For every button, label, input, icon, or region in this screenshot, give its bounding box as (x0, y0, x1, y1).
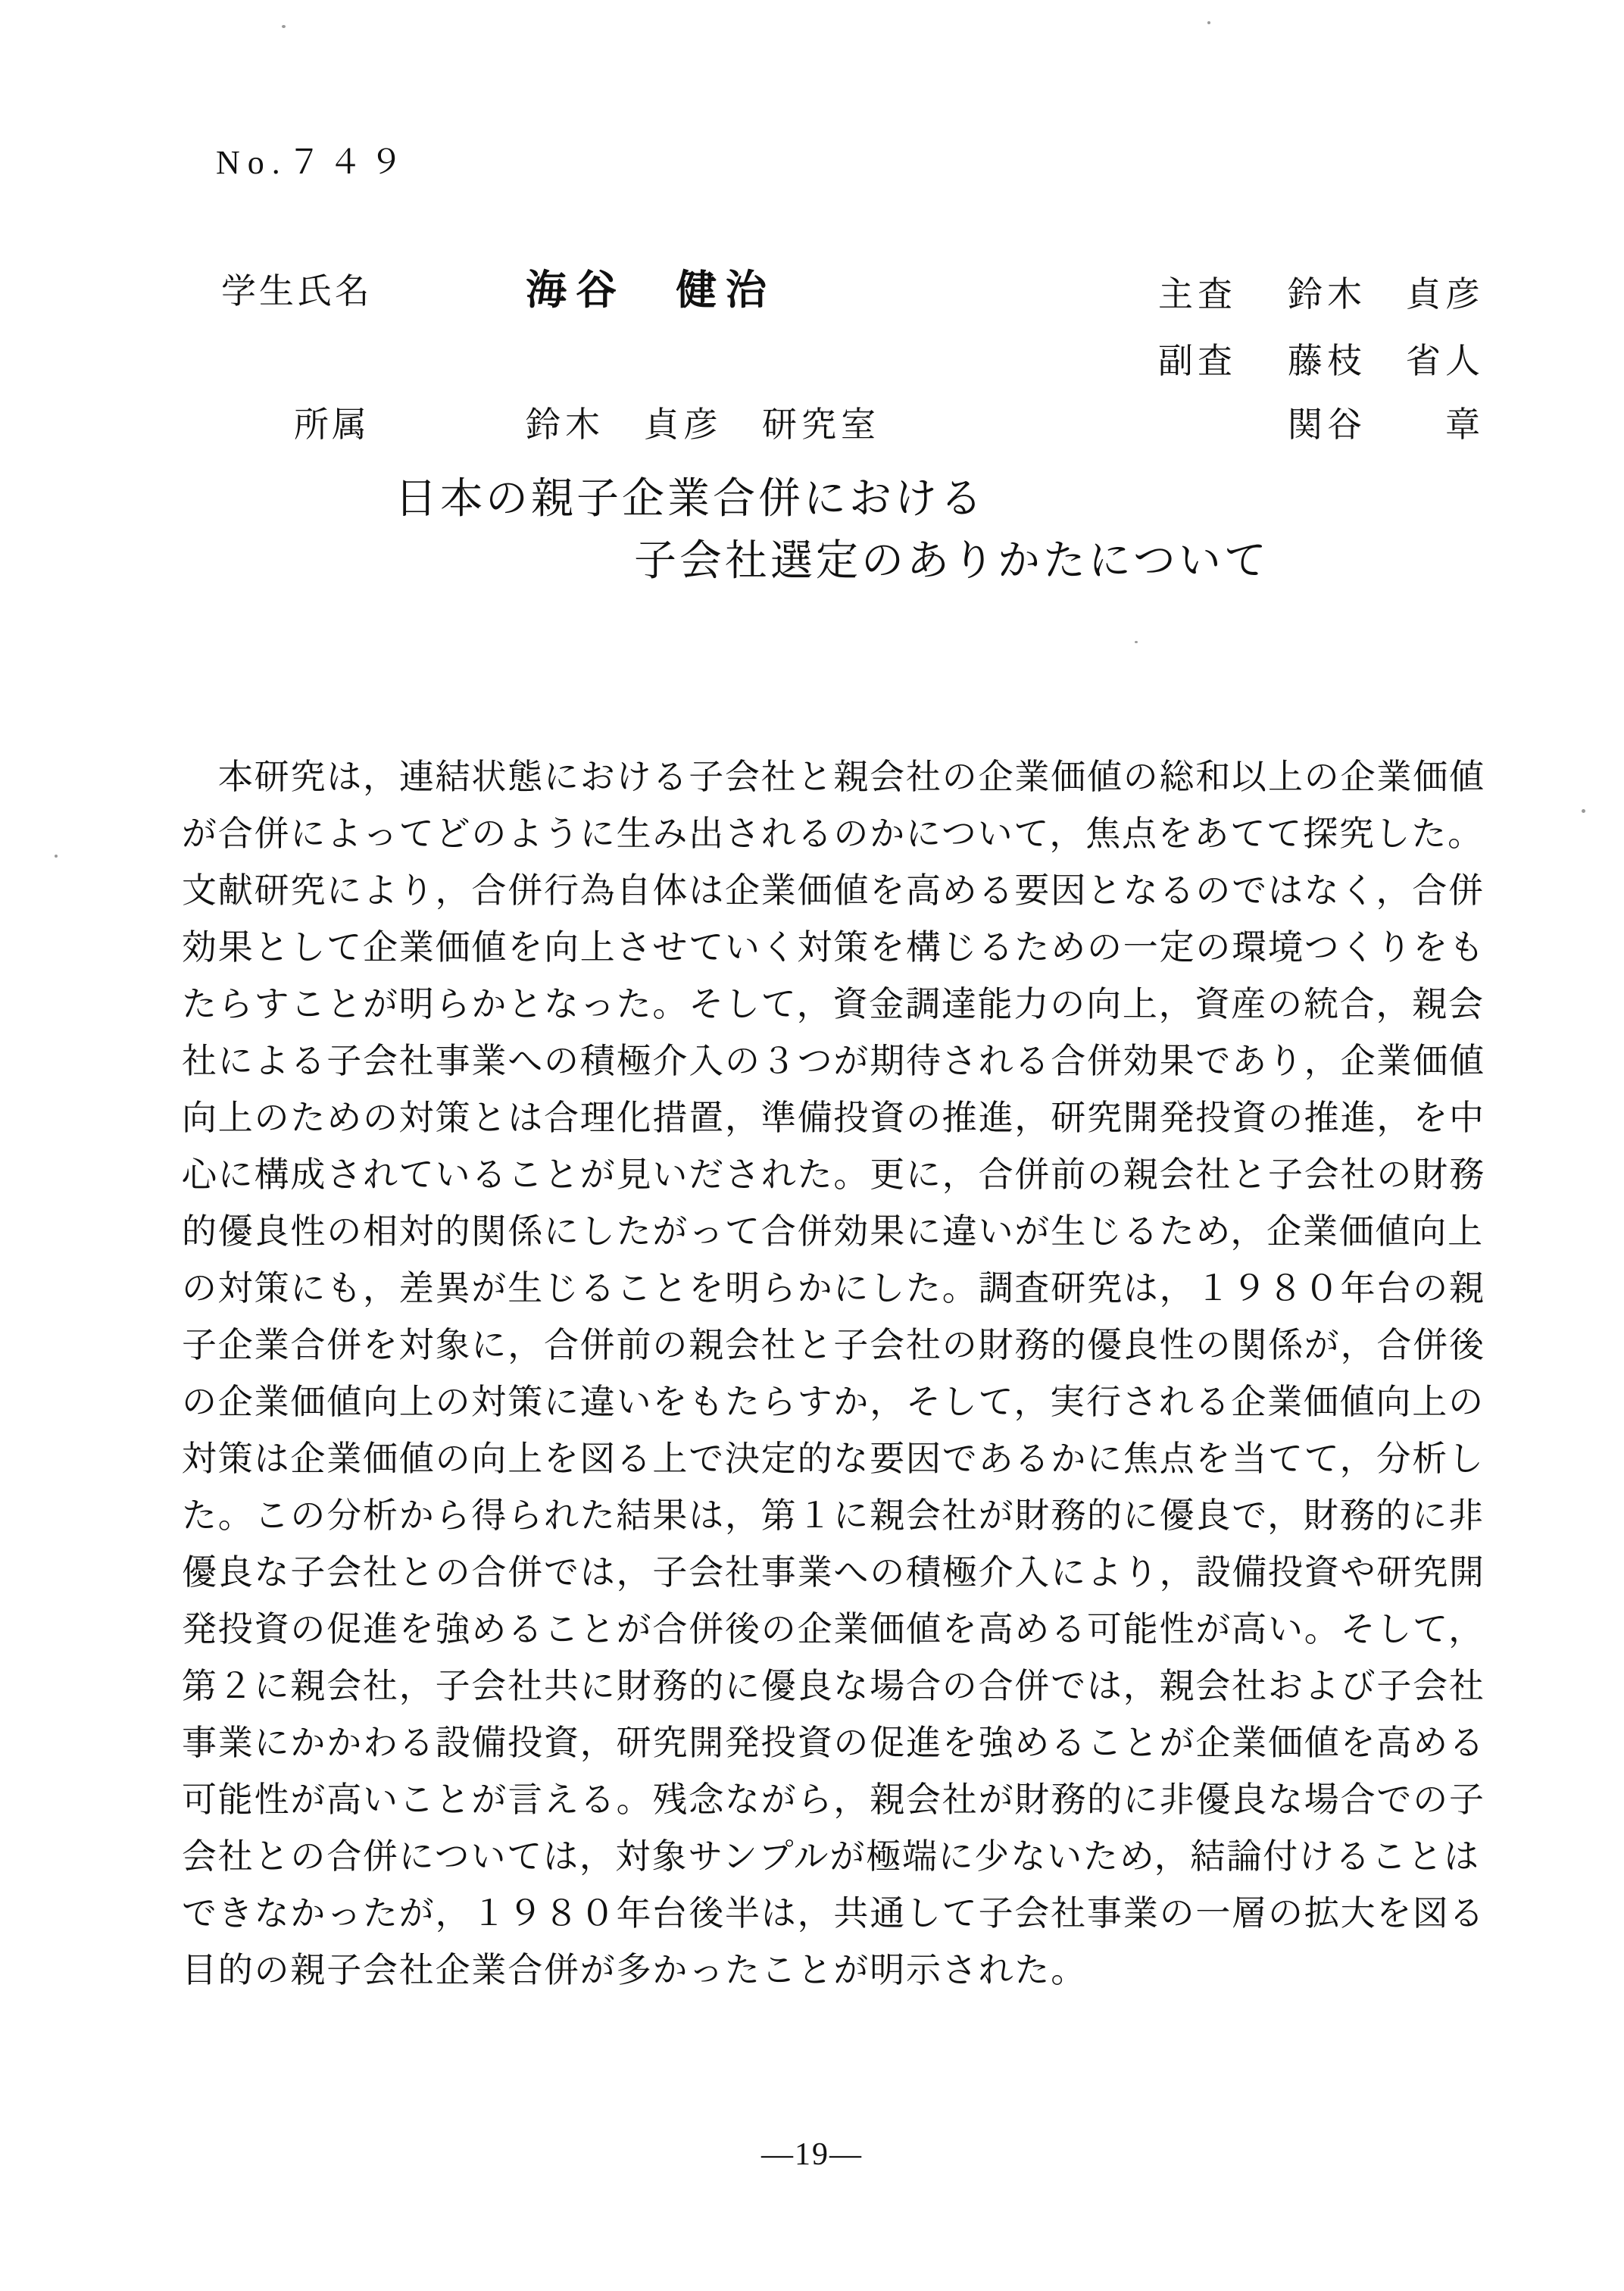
deputy-examiner-label: 副査 (1158, 333, 1237, 383)
affiliation-value: 鈴木 貞彦 研究室 (526, 397, 880, 447)
chief-examiner-label: 主査 (1158, 267, 1237, 317)
thesis-title-line2: 子会社選定のありかたについて (634, 527, 1270, 588)
scan-speck (1135, 641, 1138, 643)
scan-speck (1582, 809, 1585, 813)
scan-speck (1207, 21, 1210, 24)
doc-number: No.７４９ (216, 135, 411, 183)
scan-speck (55, 855, 58, 858)
abstract-body: 本研究は，連結状態における子会社と親会社の企業価値の総和以上の企業価値 が合併に… (182, 749, 1500, 1999)
thesis-title-line1: 日本の親子企業合併における (395, 465, 985, 526)
page-number: —19— (761, 2136, 863, 2173)
student-name-value: 海谷 健治 (526, 258, 776, 316)
document-page: No.７４９ 学生氏名 海谷 健治 主査 鈴木 貞彦 副査 藤枝 省人 所属 鈴… (0, 0, 1624, 2291)
affiliation-label: 所属 (294, 397, 370, 447)
chief-examiner-name: 鈴木 貞彦 (1288, 267, 1485, 317)
deputy-examiner-name-2: 関谷 章 (1288, 397, 1485, 447)
scan-speck (282, 25, 286, 28)
student-name-label: 学生氏名 (221, 264, 373, 314)
deputy-examiner-name-1: 藤枝 省人 (1288, 333, 1485, 383)
